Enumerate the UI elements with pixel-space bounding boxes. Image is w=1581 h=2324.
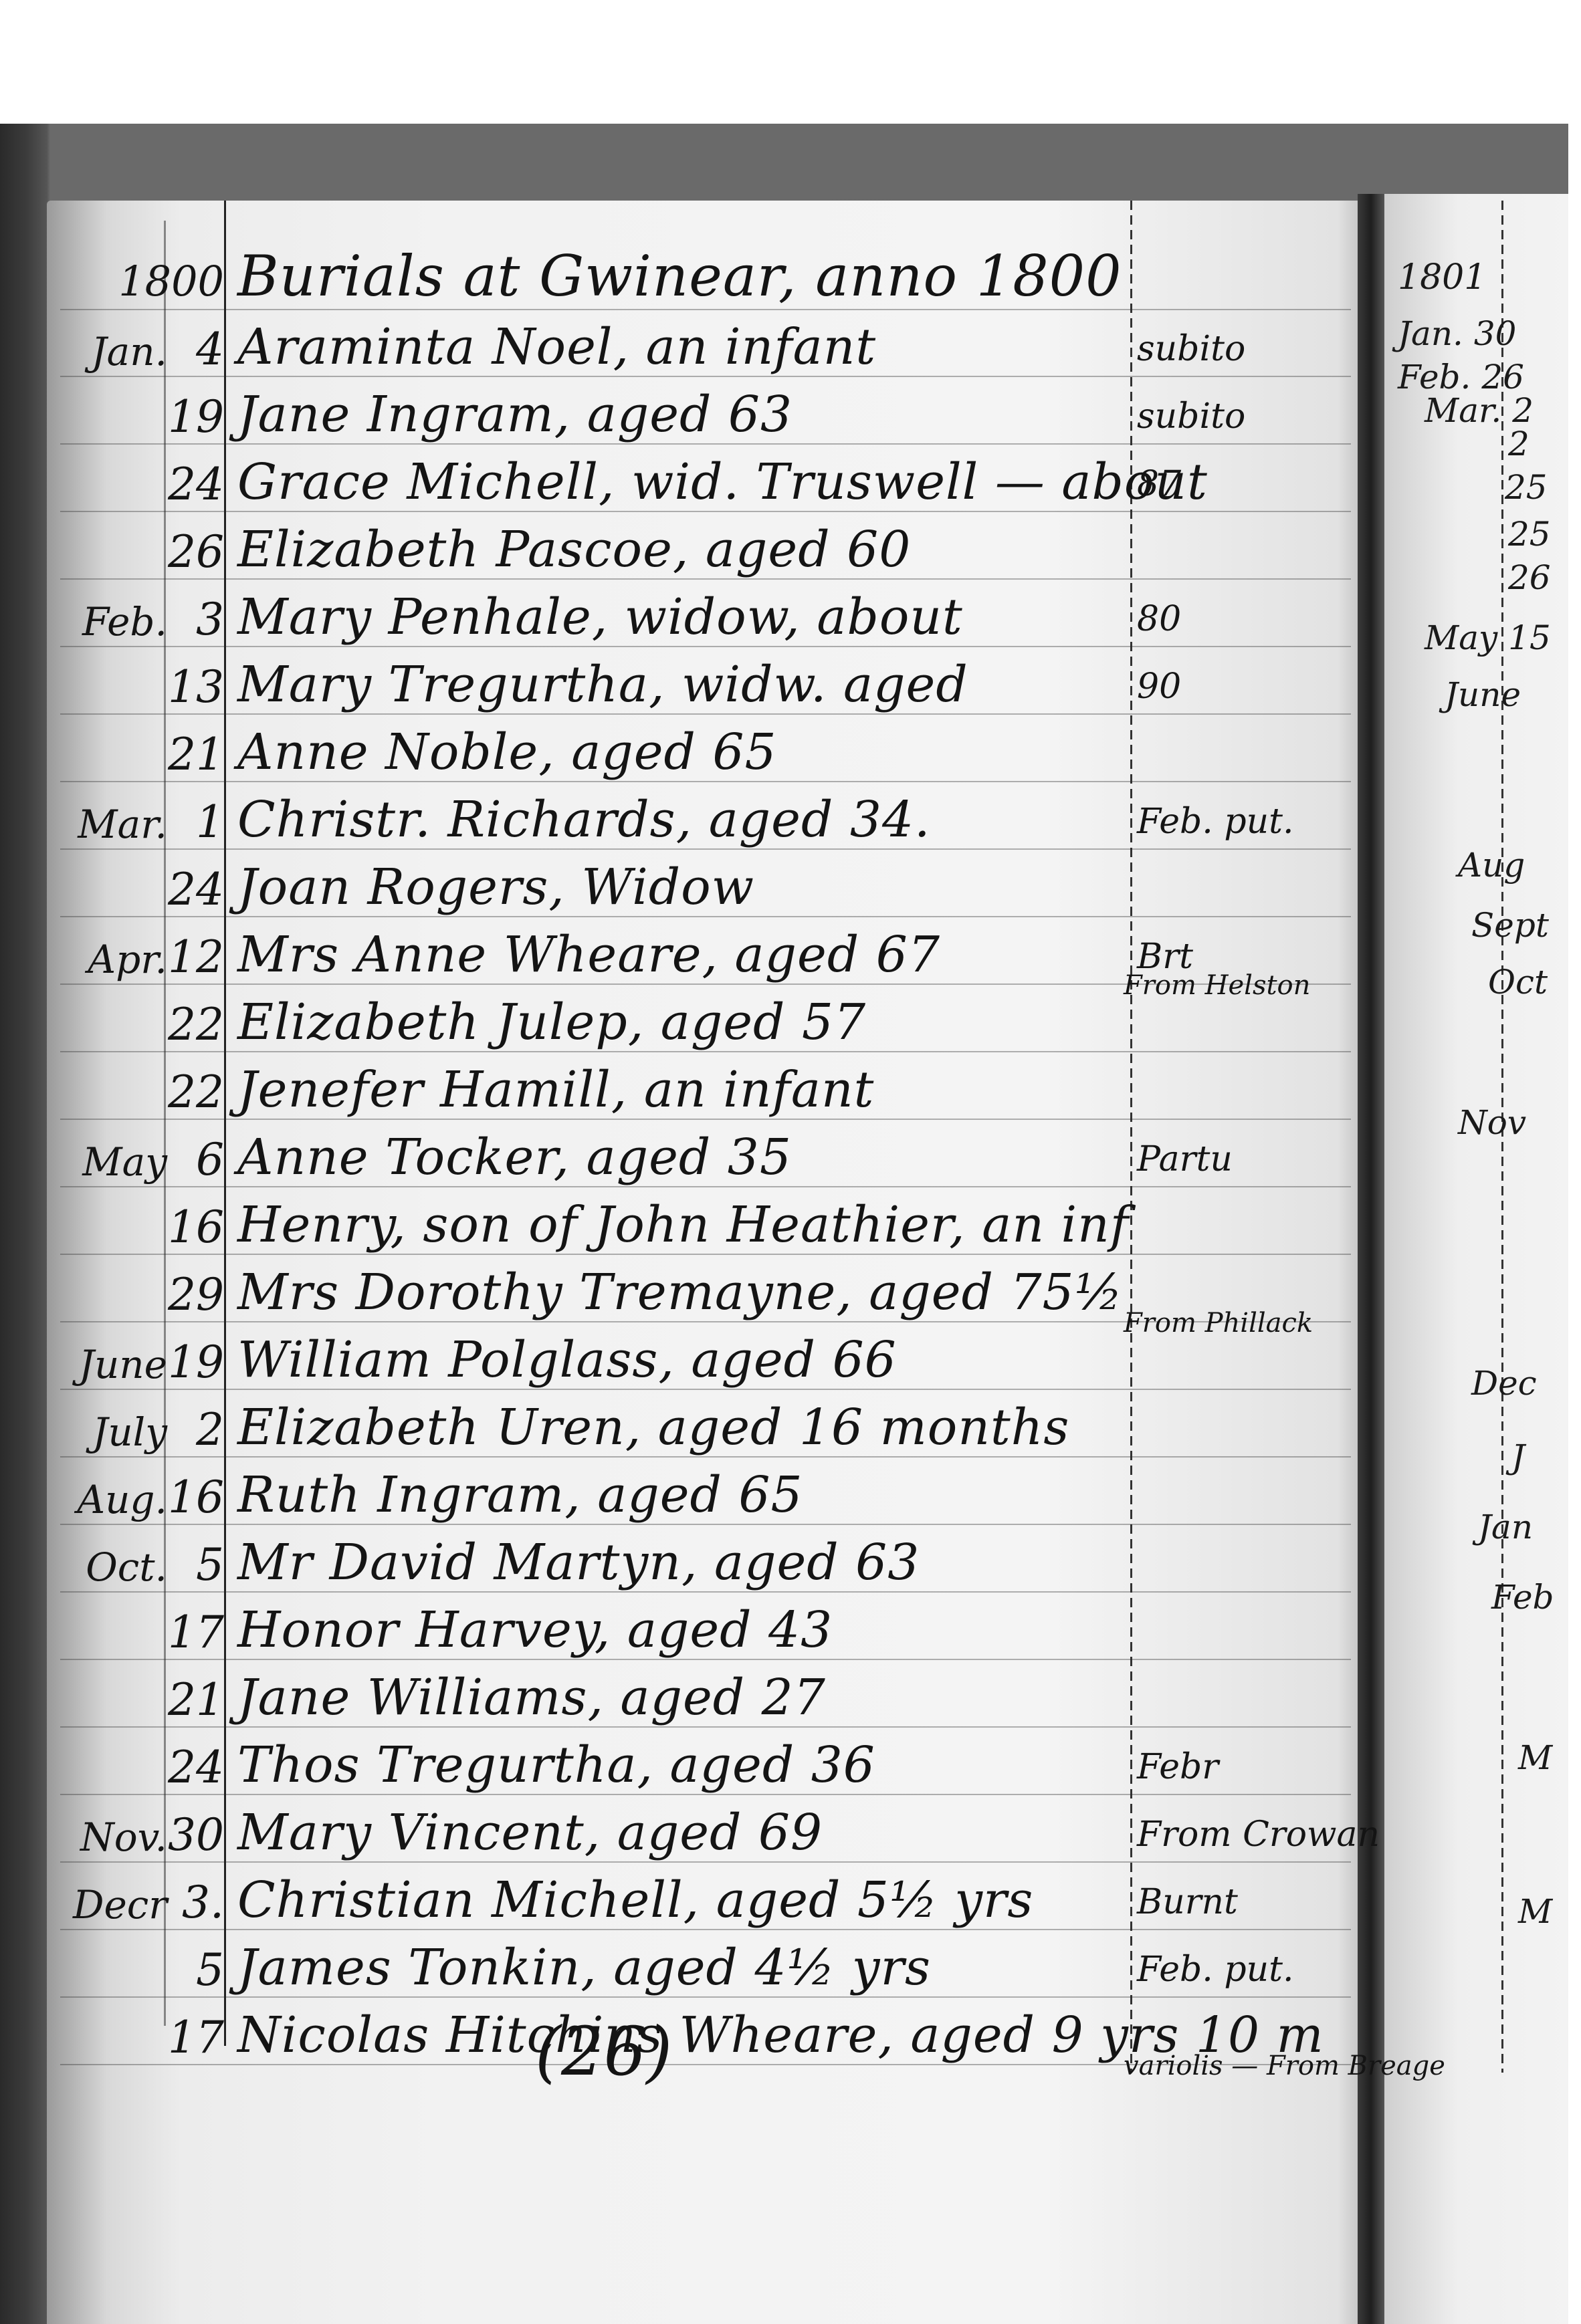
entry-name: Mary Tregurtha, widw. aged [237, 656, 968, 713]
entry-note: Febr [1137, 1747, 1219, 1787]
burial-entry: Nov.30Mary Vincent, aged 69From Crowan [54, 1800, 1358, 1867]
entry-month: Jan. [54, 329, 167, 374]
entry-name: Araminta Noel, an infant [237, 318, 876, 376]
entry-day: 22 [167, 1066, 224, 1118]
burial-entry: Feb.3Mary Penhale, widow, about80 [54, 584, 1358, 651]
entry-name: Elizabeth Julep, aged 57 [237, 994, 866, 1051]
entry-note: Feb. put. [1137, 802, 1294, 842]
next-register-page [1384, 194, 1568, 2324]
year-margin: 1800 [54, 257, 224, 306]
entry-name: Anne Noble, aged 65 [237, 723, 777, 781]
next-page-date: 26 [1508, 558, 1551, 597]
burial-entry: 5James Tonkin, aged 4½ yrsFeb. put. [54, 1935, 1358, 2002]
entry-month: Mar. [54, 802, 167, 847]
entry-name: Honor Harvey, aged 43 [237, 1601, 833, 1659]
next-page-date: Aug [1458, 846, 1525, 885]
entry-month: Oct. [54, 1544, 167, 1590]
burial-entry: 24Joan Rogers, Widow [54, 854, 1358, 921]
entry-note: Feb. put. [1137, 1950, 1294, 1990]
entry-name: Elizabeth Pascoe, aged 60 [237, 521, 911, 578]
entry-note: 80 [1137, 599, 1181, 639]
next-page-date: 25 [1508, 515, 1551, 554]
entry-month: Apr. [54, 937, 167, 982]
burial-entry: 26Elizabeth Pascoe, aged 60 [54, 517, 1358, 584]
entry-name: Jane Ingram, aged 63 [237, 386, 793, 443]
burial-entry: Jan.4Araminta Noel, an infantsubito [54, 314, 1358, 381]
entry-day: 2 [167, 1404, 224, 1456]
entry-day: 19 [167, 1337, 224, 1388]
entry-day: 5 [167, 1539, 224, 1591]
next-page-date: Dec [1471, 1364, 1537, 1403]
entry-name: Christian Michell, aged 5½ yrs [237, 1871, 1033, 1929]
entry-name: Mrs Dorothy Tremayne, aged 75½ [237, 1264, 1123, 1321]
next-page-date: Feb [1491, 1578, 1554, 1617]
entry-day: 5 [167, 1944, 224, 1996]
entry-day: 22 [167, 999, 224, 1050]
entry-day: 12 [167, 931, 224, 983]
entry-day: 16 [167, 1201, 224, 1253]
entry-note: Burnt [1137, 1882, 1238, 1922]
next-page-date: Jan [1478, 1508, 1533, 1546]
entry-note-sub: variolis — From Breage [1124, 2051, 1445, 2081]
burial-entry: 24Thos Tregurtha, aged 36Febr [54, 1732, 1358, 1799]
entry-day: 30 [167, 1809, 224, 1861]
entry-note: 90 [1137, 667, 1181, 707]
entry-name: Mrs Anne Wheare, aged 67 [237, 926, 940, 983]
next-page-date: Jan. 30 [1398, 314, 1516, 353]
next-page-date: June [1445, 675, 1521, 714]
burial-entry: Decr3.Christian Michell, aged 5½ yrsBurn… [54, 1867, 1358, 1934]
entry-name: Thos Tregurtha, aged 36 [237, 1736, 875, 1794]
entry-name: Elizabeth Uren, aged 16 months [237, 1399, 1069, 1456]
entry-name: Mr David Martyn, aged 63 [237, 1534, 920, 1591]
entry-day: 29 [167, 1269, 224, 1320]
entry-day: 19 [167, 391, 224, 443]
book-gutter [1358, 194, 1384, 2324]
entry-day: 24 [167, 864, 224, 915]
entry-name: Mary Vincent, aged 69 [237, 1804, 823, 1861]
burial-entry: 22Elizabeth Julep, aged 57 [54, 990, 1358, 1056]
burial-entry: 21Jane Williams, aged 27 [54, 1665, 1358, 1732]
page-number: (26) [535, 2012, 672, 2091]
entry-name: Henry, son of John Heathier, an inf [237, 1196, 1129, 1254]
entry-month: Nov. [54, 1815, 167, 1860]
next-page-year: 1801 [1398, 257, 1486, 298]
entry-name: William Polglass, aged 66 [237, 1331, 897, 1389]
entry-month: Aug. [54, 1477, 167, 1522]
entry-note: subito [1137, 329, 1245, 369]
entry-name: Jenefer Hamill, an infant [237, 1061, 874, 1119]
entry-name: James Tonkin, aged 4½ yrs [237, 1939, 931, 1996]
next-page-date: 2 [1508, 425, 1530, 463]
burial-entry: Oct.5Mr David Martyn, aged 63 [54, 1530, 1358, 1597]
burial-entry: 22Jenefer Hamill, an infant [54, 1057, 1358, 1124]
entry-note: subito [1137, 396, 1245, 437]
burial-entry: Apr.12Mrs Anne Wheare, aged 67BrtFrom He… [54, 922, 1358, 989]
page-title: Burials at Gwinear, anno 1800 [237, 243, 1122, 309]
entry-month: Feb. [54, 599, 167, 645]
burial-entry: June19William Polglass, aged 66 [54, 1327, 1358, 1394]
burial-entry: 16Henry, son of John Heathier, an inf [54, 1192, 1358, 1259]
entry-day: 24 [167, 1742, 224, 1793]
burial-entry: 19Jane Ingram, aged 63subito [54, 382, 1358, 449]
burial-entry: May6Anne Tocker, aged 35Partu [54, 1125, 1358, 1191]
entry-month: Decr [54, 1882, 167, 1928]
next-page-date: Nov [1458, 1103, 1526, 1142]
entry-day: 13 [167, 661, 224, 713]
entry-day: 24 [167, 459, 224, 510]
entry-day: 1 [167, 796, 224, 848]
next-page-date: M [1518, 1892, 1552, 1931]
next-page-date: May 15 [1425, 618, 1551, 657]
entry-day: 4 [167, 324, 224, 375]
entry-note: Partu [1137, 1139, 1233, 1179]
entry-day: 17 [167, 1607, 224, 1658]
entry-day: 26 [167, 526, 224, 578]
burial-entry: July2Elizabeth Uren, aged 16 months [54, 1395, 1358, 1462]
burial-entry: 21Anne Noble, aged 65 [54, 719, 1358, 786]
entry-day: 17 [167, 2012, 224, 2063]
entry-name: Joan Rogers, Widow [237, 858, 754, 916]
entry-name: Ruth Ingram, aged 65 [237, 1466, 803, 1524]
burial-entry: 17Nicolas Hitchins Wheare, aged 9 yrs 10… [54, 2002, 1358, 2069]
entry-name: Christr. Richards, aged 34. [237, 791, 931, 848]
burial-entry: Aug.16Ruth Ingram, aged 65 [54, 1462, 1358, 1529]
entry-name: Grace Michell, wid. Truswell — about [237, 453, 1208, 511]
header-row: 1800 Burials at Gwinear, anno 1800 [54, 247, 1358, 314]
entry-day: 21 [167, 729, 224, 780]
burial-entry: Mar.1Christr. Richards, aged 34.Feb. put… [54, 787, 1358, 854]
entry-day: 21 [167, 1674, 224, 1726]
burial-entry: 24Grace Michell, wid. Truswell — about87 [54, 449, 1358, 516]
entry-note: 87 [1137, 464, 1181, 504]
entry-month: July [54, 1409, 167, 1455]
next-page-date: M [1518, 1738, 1552, 1777]
entry-name: Anne Tocker, aged 35 [237, 1129, 792, 1186]
entry-day: 3. [167, 1877, 224, 1928]
next-page-date: J [1511, 1437, 1525, 1476]
entry-name: Jane Williams, aged 27 [237, 1669, 826, 1726]
burial-entry: 29Mrs Dorothy Tremayne, aged 75½From Phi… [54, 1260, 1358, 1326]
next-page-date: Oct [1488, 963, 1548, 1002]
next-page-date: Sept [1471, 906, 1549, 945]
entry-month: June [54, 1342, 167, 1387]
next-page-date: 25 [1505, 468, 1548, 507]
entry-day: 16 [167, 1472, 224, 1523]
entry-note: From Crowan [1137, 1815, 1380, 1855]
entry-day: 3 [167, 594, 224, 645]
burial-entry: 13Mary Tregurtha, widw. aged90 [54, 652, 1358, 719]
burial-entry: 17Honor Harvey, aged 43 [54, 1597, 1358, 1664]
entry-name: Mary Penhale, widow, about [237, 588, 963, 646]
entry-day: 6 [167, 1134, 224, 1185]
entry-month: May [54, 1139, 167, 1185]
